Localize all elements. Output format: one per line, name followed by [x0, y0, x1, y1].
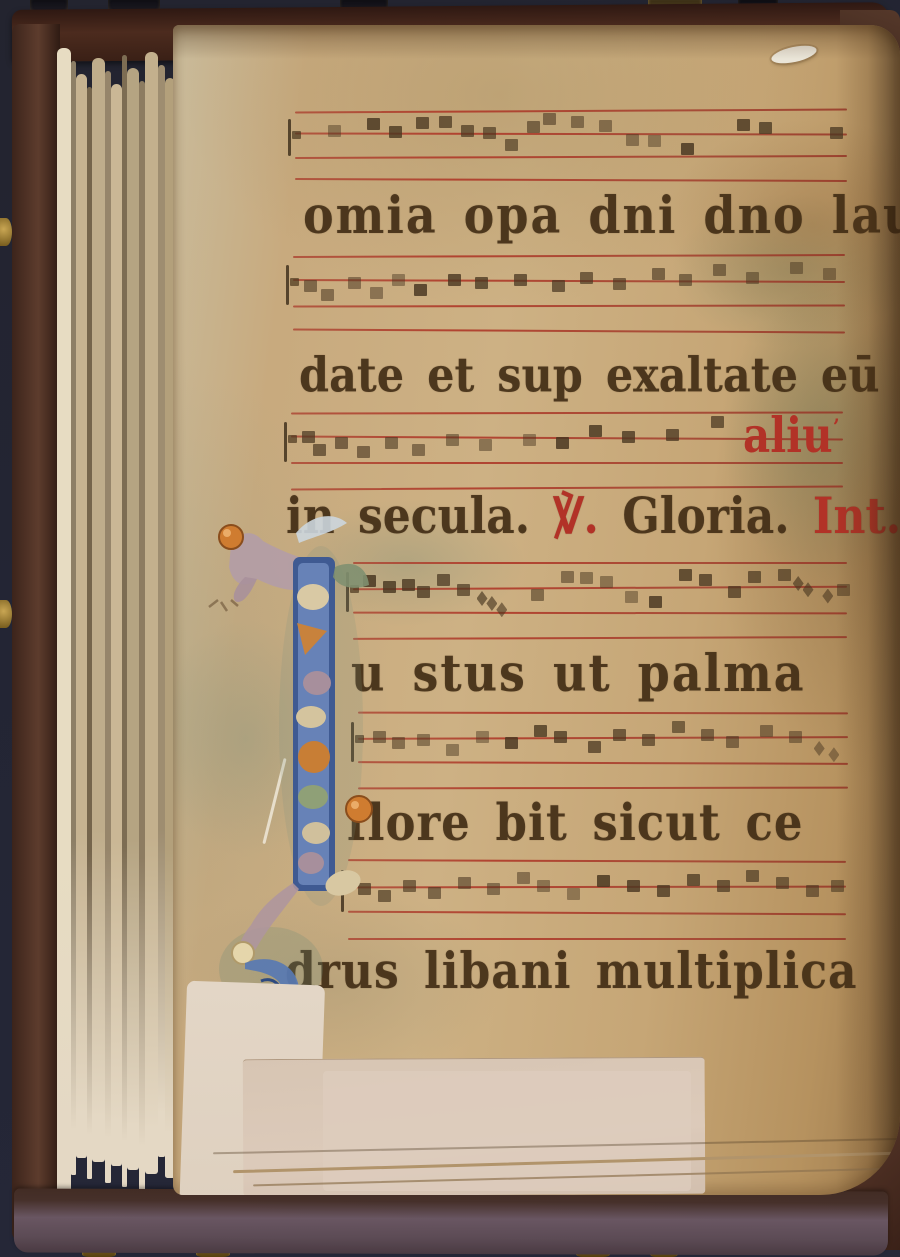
silver-leaf [296, 516, 347, 543]
neume-square [428, 887, 441, 899]
neume-square [711, 416, 724, 428]
neume-square [649, 596, 662, 608]
clef-mark [288, 119, 291, 156]
neume-square [417, 734, 430, 746]
neume-square [392, 737, 405, 749]
staff-line [353, 612, 847, 615]
music-staff [293, 255, 845, 334]
staff-line [348, 859, 846, 863]
marginal-rubric-aliud: aliuʼ [743, 407, 839, 463]
brass-clasp [0, 218, 12, 246]
neume-square [597, 875, 610, 887]
neume-square [588, 741, 601, 753]
neume-square [823, 268, 836, 280]
neume-square [457, 584, 470, 596]
page-edge-strip [76, 74, 87, 1158]
page-edge-strip [57, 48, 71, 1192]
music-staff [358, 712, 848, 791]
initial-artwork [201, 501, 379, 1013]
neume-square [760, 725, 773, 737]
neume-square [537, 880, 550, 892]
neume-square [776, 877, 789, 889]
neume-square [523, 434, 536, 446]
neume-diamond [814, 741, 825, 756]
page-edge-strip [92, 58, 105, 1162]
neume-square [806, 885, 819, 897]
staff-line [358, 712, 848, 715]
neume-square [487, 883, 500, 895]
neume-square [687, 874, 700, 886]
neume-square [622, 431, 635, 443]
orange-ball-top [219, 525, 243, 549]
chant-text-line: flore bit sicut ce [347, 793, 804, 852]
neume-square [613, 278, 626, 290]
staff-line [353, 636, 847, 640]
neume-square [600, 576, 613, 588]
page-edge-strip [111, 84, 122, 1166]
neume-square [561, 571, 574, 583]
page-top-shadow [173, 25, 900, 59]
neume-square [625, 591, 638, 603]
staff-line [293, 305, 845, 308]
neume-square [321, 289, 334, 301]
neume-square [556, 437, 569, 449]
neume-square [402, 579, 415, 591]
staff-line [348, 911, 846, 916]
chant-text-segment: flore bit sicut ce [347, 793, 804, 852]
neume-square [505, 139, 518, 151]
neume-square [348, 277, 361, 289]
staff-line [353, 562, 847, 564]
neume-square [580, 572, 593, 584]
chant-text-line: u stus ut palma [351, 643, 806, 703]
orange-boss [298, 741, 330, 773]
neume-square [699, 574, 712, 586]
orange-ball-right [346, 796, 372, 822]
photograph-of-manuscript: omia opa dni dno laudate et sup exaltate… [0, 0, 900, 1257]
clef-mark [286, 265, 289, 305]
neume-square [778, 569, 791, 581]
neume-square [613, 729, 626, 741]
neume-square [717, 880, 730, 892]
neume-square [417, 586, 430, 598]
neume-square [726, 736, 739, 748]
neume-square [412, 444, 425, 456]
cream-ball-bottom [232, 942, 254, 964]
neume-square [313, 444, 326, 456]
neume-square [370, 287, 383, 299]
staff-line [295, 109, 847, 114]
neume-square [657, 885, 670, 897]
chant-text-segment: u stus ut palma [351, 643, 806, 703]
neume-square [627, 880, 640, 892]
music-staff [295, 110, 847, 183]
neume-square [437, 574, 450, 586]
neume-square [514, 274, 527, 286]
chant-text-segment: omia opa dni dno lau [303, 185, 900, 245]
neume-square [527, 121, 540, 133]
neume-square [483, 127, 496, 139]
neume-square [448, 274, 461, 286]
neume-square [746, 870, 759, 882]
page-edge-strip [127, 68, 139, 1170]
neume-square [580, 272, 593, 284]
staff-line [293, 279, 845, 283]
neume-square [367, 118, 380, 130]
neume-square [385, 437, 398, 449]
page-edge-strip [158, 65, 165, 1157]
staff-line [293, 329, 845, 334]
neume-square [357, 446, 370, 458]
chant-text-segment: date et sup exaltate eū [299, 348, 880, 404]
neume-square [701, 729, 714, 741]
neume-square [626, 134, 639, 146]
staff-line [295, 155, 847, 159]
neume-square [383, 581, 396, 593]
neume-square [446, 434, 459, 446]
neume-square [475, 277, 488, 289]
neume-square [748, 571, 761, 583]
clef-flag [288, 435, 297, 443]
neume-square [552, 280, 565, 292]
neume-square [759, 122, 772, 134]
neume-square [446, 744, 459, 756]
neume-square [505, 737, 518, 749]
clef-mark [284, 422, 287, 462]
neume-square [681, 143, 694, 155]
neume-square [789, 731, 802, 743]
repair-patch-inner [323, 1071, 691, 1191]
chant-text-line: omia opa dni dno lau [303, 185, 900, 245]
neume-square [790, 262, 803, 274]
neume-square [439, 116, 452, 128]
neume-square [728, 586, 741, 598]
neume-square [378, 890, 391, 902]
neume-square [713, 264, 726, 276]
neume-square [335, 437, 348, 449]
neume-square [416, 117, 429, 129]
neume-square [679, 569, 692, 581]
neume-square [589, 425, 602, 437]
neume-square [414, 284, 427, 296]
neume-square [534, 725, 547, 737]
neume-square [642, 734, 655, 746]
illuminated-initial-I [201, 501, 379, 1013]
neume-diamond [496, 602, 507, 617]
neume-square [737, 119, 750, 131]
clef-flag [292, 131, 301, 139]
neume-square [531, 589, 544, 601]
neume-diamond [793, 576, 804, 591]
chant-text-segment: ℣. [553, 488, 622, 545]
neume-square [567, 888, 580, 900]
staff-line [358, 736, 848, 740]
page-curve-shadow [836, 25, 900, 1195]
music-staff [348, 860, 846, 942]
clef-flag [290, 278, 299, 286]
neume-square [458, 877, 471, 889]
rubric-text: aliu [743, 407, 833, 463]
neume-square [679, 274, 692, 286]
staff-line [358, 761, 848, 765]
leather-cover-bottom-edge [14, 1188, 888, 1255]
neume-square [461, 125, 474, 137]
neume-square [672, 721, 685, 733]
neume-square [328, 125, 341, 137]
neume-diamond [486, 596, 497, 611]
neume-square [652, 268, 665, 280]
neume-square [517, 872, 530, 884]
neume-diamond [803, 582, 814, 597]
brass-clasp [0, 600, 12, 628]
music-staff [353, 562, 847, 641]
neume-square [304, 280, 317, 292]
neume-square [403, 880, 416, 892]
manuscript-page: omia opa dni dno laudate et sup exaltate… [173, 25, 900, 1195]
neume-diamond [822, 589, 833, 604]
neume-square [302, 431, 315, 443]
neume-square [554, 731, 567, 743]
neume-square [599, 120, 612, 132]
neume-square [666, 429, 679, 441]
staff-line [293, 254, 845, 258]
neume-square [479, 439, 492, 451]
neume-square [476, 731, 489, 743]
staff-line [358, 787, 848, 790]
neume-square [543, 113, 556, 125]
neume-square [648, 135, 661, 147]
neume-square [389, 126, 402, 138]
staff-line [348, 938, 846, 940]
neume-square [392, 274, 405, 286]
chant-text-segment: Gloria. [622, 488, 813, 545]
chant-text-line: date et sup exaltate eū [299, 348, 880, 404]
page-edge-strip [145, 52, 158, 1174]
neume-diamond [477, 591, 488, 606]
neume-square [571, 116, 584, 128]
leather-cover-left-spine [12, 24, 60, 1242]
staff-line [295, 178, 847, 182]
margin-scribbles [209, 600, 238, 611]
cream-boss [297, 584, 329, 610]
neume-square [746, 272, 759, 284]
